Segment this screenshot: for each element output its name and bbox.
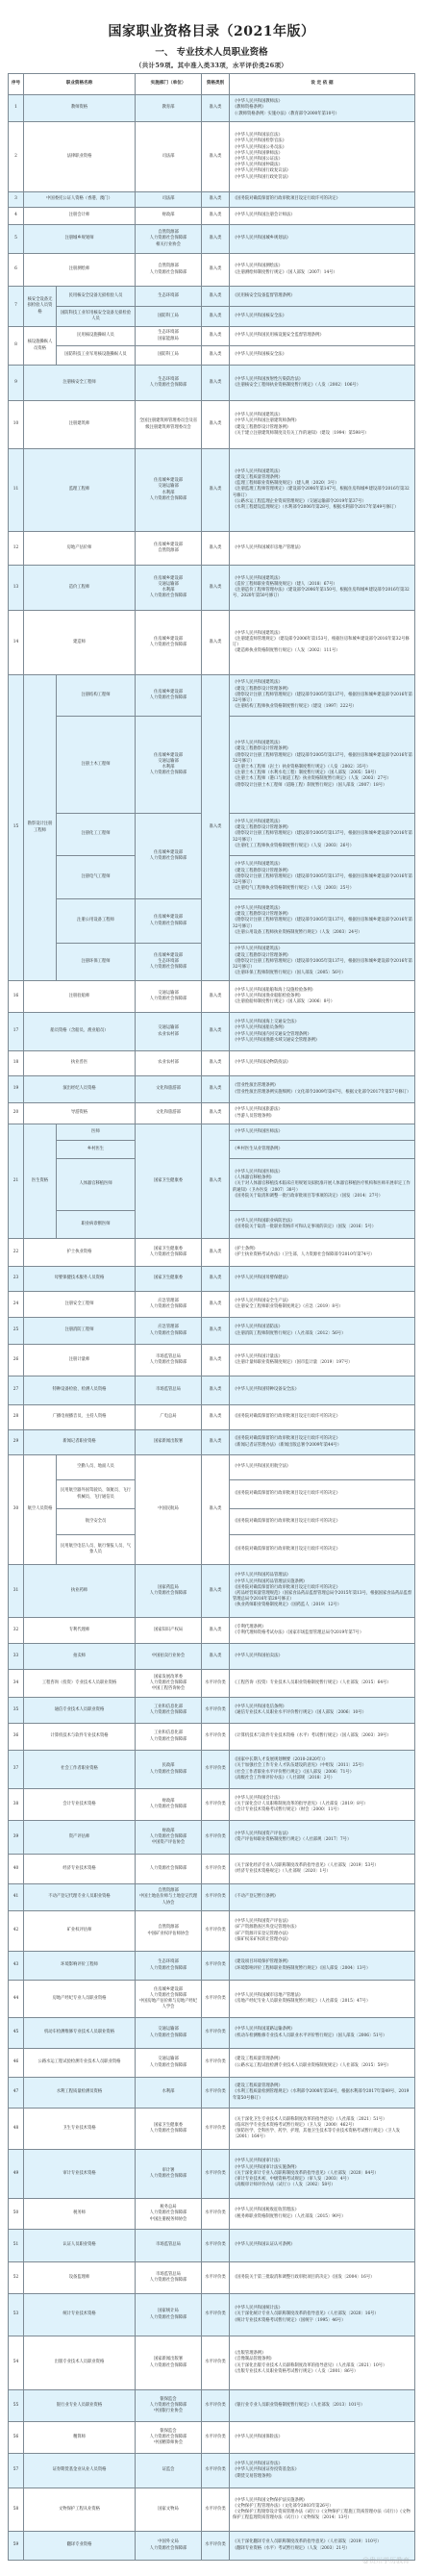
name-cell: 注册测绘师	[24, 254, 136, 287]
seq-cell: 32	[9, 1618, 24, 1644]
sub-name-cell: 医师	[57, 1124, 136, 1141]
seq-cell: 4	[9, 208, 24, 225]
table-row: 58文物保护工程从业资格国家文物局水平评价类《中华人民共和国文物保护法实施条例》…	[9, 2488, 415, 2532]
group-name-cell: 勘察设计注册工程师	[24, 675, 57, 981]
name-cell: 精算师	[24, 2422, 136, 2454]
group-name-cell: 医生资格	[24, 1124, 57, 1239]
type-cell: 水平评价类	[202, 2390, 230, 2422]
type-cell: 准入类	[202, 1267, 230, 1292]
type-cell: 水平评价类	[202, 2336, 230, 2390]
seq-cell: 41	[9, 1884, 24, 1911]
type-cell: 准入类	[202, 981, 230, 1013]
dept-cell: 国防科工局	[136, 346, 202, 366]
type-cell: 水平评价类	[202, 2150, 230, 2199]
basis-cell: 《国务院对确需保留的行政审批项目设定行政许可的决定》	[230, 1535, 415, 1565]
name-cell: 统计专业技术资格	[24, 2294, 136, 2336]
table-row: 23母婴保健技术服务人员资格国家卫生健康委准入类《中华人民共和国母婴保健法》	[9, 1267, 415, 1292]
dept-cell: 广电总局	[136, 1405, 202, 1430]
basis-cell: 《中华人民共和国医师法》	[230, 1124, 415, 1141]
table-row: 25注册消防工程师应急管理部人力资源社会保障部准入类《中华人民共和国消防法》《注…	[9, 1318, 415, 1345]
seq-cell: 14	[9, 611, 24, 675]
dept-cell: 工业和信息化部人力资源社会保障部	[136, 1698, 202, 1724]
dept-cell: 国家卫生健康委人力资源社会保障部	[136, 2109, 202, 2150]
sub-name-cell: 注册化工工程师	[57, 814, 136, 856]
table-row: 43环境影响评价工程师生态环境部人力资源社会保障部水平评价类《建设项目环境保护管…	[9, 1952, 415, 1981]
table-row: 50税务师税务总局人力资源社会保障部中国注册税务师协会水平评价类《中华人民共和国…	[9, 2199, 415, 2230]
basis-cell: 《国家中长期人才发展规划纲要（2010-2020年）》《关于加强社会工作专业人才…	[230, 1751, 415, 1789]
type-cell: 水平评价类	[202, 2262, 230, 2294]
basis-cell: 《出版管理条例》《音像制品管理条例》《关于深化出版专业技术人员职称制度改革的指导…	[230, 2336, 415, 2390]
type-cell: 水平评价类	[202, 1698, 230, 1724]
name-cell: 社会工作者职业资格	[24, 1751, 136, 1789]
name-cell: 注册城乡规划师	[24, 225, 136, 254]
basis-cell: 《中华人民共和国特种设备安全法》	[230, 1376, 415, 1405]
seq-cell: 55	[9, 2390, 24, 2422]
group-name-cell: 核设施操纵人员资格	[24, 327, 57, 366]
type-cell: 准入类	[202, 327, 230, 346]
name-cell: 注册会计师	[24, 208, 136, 225]
table-row: 14建造师住房城乡建设部人力资源社会保障部准入类《中华人民共和国建筑法》《注册建…	[9, 611, 415, 675]
seq-cell: 11	[9, 449, 24, 532]
seq-cell: 10	[9, 401, 24, 449]
seq-cell: 16	[9, 981, 24, 1013]
type-cell: 水平评价类	[202, 1952, 230, 1981]
type-cell: 准入类	[202, 1103, 230, 1124]
dept-cell: 民政部人力资源社会保障部	[136, 1751, 202, 1789]
sub-name-cell: 空勤人员、地面人员	[57, 1455, 136, 1480]
basis-cell: 《中华人民共和国资产评估法》《资产评估师职业资格制度暂行规定》（人社部规〔201…	[230, 1821, 415, 1855]
name-cell: 母婴保健技术服务人员资格	[24, 1267, 136, 1292]
name-cell: 经济专业技术资格	[24, 1855, 136, 1884]
table-row: 41不动产登记代理专业人员职业资格自然资源部中国土地估价师与土地登记代理人协会水…	[9, 1884, 415, 1911]
basis-cell: 《建设工程质量管理条例》《水利工程质量检测管理规定》（水利部令2008年第36号…	[230, 2078, 415, 2109]
table-row: 47水利工程质量检测员资格水利部水平评价类《建设工程质量管理条例》《水利工程质量…	[9, 2078, 415, 2109]
dept-cell: 财政部	[136, 208, 202, 225]
table-row: 28广播电视播音员、主持人资格广电总局准入类《国务院对确需保留的行政审批项目设定…	[9, 1405, 415, 1430]
name-cell: 房地产经纪专业人员职业资格	[24, 1981, 136, 2018]
type-cell: 水平评价类	[202, 1789, 230, 1821]
table-row: 16注册验船师交通运输部人力资源社会保障部准入类《中华人民共和国船舶和海上设施检…	[9, 981, 415, 1013]
name-cell: 监理工程师	[24, 449, 136, 532]
name-cell: 资产评估师	[24, 1821, 136, 1855]
name-cell: 拍卖师	[24, 1644, 136, 1670]
dept-cell: 住房城乡建设部人力资源社会保障部	[136, 899, 202, 944]
type-cell: 准入类	[202, 254, 230, 287]
type-cell: 水平评价类	[202, 1981, 230, 2018]
type-cell: 准入类	[202, 366, 230, 401]
table-row: 42矿业权评估师自然资源部中国矿业权评估师协会水平评价类《中华人民共和国资产评估…	[9, 1911, 415, 1952]
name-cell: 注册安全工程师	[24, 1292, 136, 1318]
basis-cell: 《国务院对确需保留的行政审批项目设定行政许可的决定》《新闻记者证管理办法》（新闻…	[230, 1430, 415, 1455]
seq-cell: 49	[9, 2150, 24, 2199]
type-cell: 准入类	[202, 1076, 230, 1103]
name-cell: 机动车检测维修专业技术人员职业资格	[24, 2018, 136, 2049]
basis-cell: 《中华人民共和国文物保护法实施条例》《文物保护工程管理办法》（文化部令2003年…	[230, 2488, 415, 2532]
seq-cell: 21	[9, 1124, 24, 1239]
table-row: 30航空人员资格空勤人员、地面人员中国民航局准入类《中华人民共和国民用航空法》	[9, 1455, 415, 1480]
dept-cell: 人力资源社会保障部	[136, 1855, 202, 1884]
basis-cell: 《中华人民共和国建筑法》《建设工程质量管理条例》《监理工程师职业资格制度规定》（…	[230, 449, 415, 532]
seq-cell: 18	[9, 1051, 24, 1076]
name-cell: 专利代理师	[24, 1618, 136, 1644]
dept-cell: 国家发展改革委人力资源社会保障部中国工程咨询协会	[136, 1670, 202, 1698]
dept-cell: 税务总局人力资源社会保障部中国注册税务师协会	[136, 2199, 202, 2230]
seq-cell: 1	[9, 95, 24, 122]
type-cell: 准入类	[202, 532, 230, 566]
header-basis: 设 定 依 据	[230, 74, 415, 95]
header-type: 资格类别	[202, 74, 230, 95]
basis-cell: 《中华人民共和国建筑法》《建设工程勘察设计管理条例》《勘察设计注册工程师管理规定…	[230, 717, 415, 814]
table-row: 37社会工作者职业资格民政部人力资源社会保障部水平评价类《国家中长期人才发展规划…	[9, 1751, 415, 1789]
basis-cell: 《银行业专业人员职业资格制度暂行规定》（人社部发〔2013〕101号）	[230, 2390, 415, 2422]
dept-cell: 交通运输部人力资源社会保障部	[136, 2018, 202, 2049]
basis-cell: 《中华人民共和国放射性污染防治法》《注册核安全工程师执业资格制度暂行规定》（人发…	[230, 366, 415, 401]
type-cell: 准入类	[202, 401, 230, 449]
dept-cell: 国家新闻出版署	[136, 1430, 202, 1455]
table-row: 5注册城乡规划师自然资源部人力资源社会保障部相关行业协会准入类《中华人民共和国城…	[9, 225, 415, 254]
group-name-cell: 航空人员资格	[24, 1455, 57, 1565]
dept-cell: 自然资源部人力资源社会保障部相关行业协会	[136, 225, 202, 254]
table-row: 15勘察设计注册工程师注册结构工程师住房城乡建设部人力资源社会保障部准入类《中华…	[9, 675, 415, 717]
dept-cell: 农业农村部	[136, 1051, 202, 1076]
dept-cell: 住房城乡建设部交通运输部水利部人力资源社会保障部	[136, 449, 202, 532]
table-row: 13造价工程师住房城乡建设部交通运输部水利部人力资源社会保障部准入类《中华人民共…	[9, 566, 415, 611]
name-cell: 会计专业技术资格	[24, 1789, 136, 1821]
type-cell: 准入类	[202, 1345, 230, 1376]
type-cell: 准入类	[202, 95, 230, 122]
table-row: 31执业药师国家药监局人力资源社会保障部准入类《中华人民共和国药品管理法》《中华…	[9, 1565, 415, 1618]
sub-name-cell: 国防科技工业军用核安全设备无损检验人员	[57, 307, 136, 327]
seq-cell: 48	[9, 2109, 24, 2150]
dept-cell: 自然资源部中国矿业权评估师协会	[136, 1911, 202, 1952]
table-row: 34工程咨询（投资）专业技术人员职业资格国家发展改革委人力资源社会保障部中国工程…	[9, 1670, 415, 1698]
dept-cell: 住房城乡建设部交通运输部水利部人力资源社会保障部	[136, 566, 202, 611]
dept-cell: 应急管理部人力资源社会保障部	[136, 1292, 202, 1318]
summary-note: （共计59项。其中准入类33项，水平评价类26项）	[0, 61, 423, 69]
name-cell: 护士执业资格	[24, 1239, 136, 1267]
basis-cell: 《建设项目环境保护管理条例》《环境影响评价工程师职业资格制度暂行规定》（国人部发…	[230, 1952, 415, 1981]
basis-cell: 《中华人民共和国资产评估法》《矿产资源勘查区块登记管理办法》《矿产资源开采登记管…	[230, 1911, 415, 1952]
dept-cell: 证监会	[136, 2454, 202, 2488]
seq-cell: 30	[9, 1455, 24, 1565]
sub-name-cell: 注册土木工程师	[57, 717, 136, 814]
name-cell: 执业兽医	[24, 1051, 136, 1076]
name-cell: 证券期货基金业从业人员资格	[24, 2454, 136, 2488]
basis-cell: 《中华人民共和国核安全法》	[230, 346, 415, 366]
sub-name-cell: 职业病诊断医师	[57, 1211, 136, 1239]
dept-cell: 财政部人力资源社会保障部中国资产评估协会	[136, 1821, 202, 1855]
basis-cell: 《中华人民共和国民用航空法》	[230, 1455, 415, 1480]
basis-cell: 《中华人民共和国民用核设施安全监督管理条例》	[230, 327, 415, 346]
basis-cell: 《中华人民共和国安全生产法》《注册安全工程师职业资格制度规定》（应急〔2019〕…	[230, 1292, 415, 1318]
dept-cell: 文化和旅游部	[136, 1103, 202, 1124]
basis-cell: 《中华人民共和国建筑法》《造价工程师职业资格制度规定》（建人〔2018〕67号）…	[230, 566, 415, 611]
seq-cell: 58	[9, 2488, 24, 2532]
table-row: 35通信专业技术人员职业资格工业和信息化部人力资源社会保障部水平评价类《中华人民…	[9, 1698, 415, 1724]
sub-name-cell: 注册公用设备工程师	[57, 899, 136, 944]
basis-cell: 《中华人民共和国教师法》《教师资格条例》《〈教师资格条例〉实施办法》（教育部令2…	[230, 95, 415, 122]
name-cell: 船员资格（含船员、渔业船员）	[24, 1013, 136, 1051]
seq-cell: 38	[9, 1789, 24, 1821]
type-cell: 准入类	[202, 122, 230, 192]
type-cell: 水平评价类	[202, 2109, 230, 2150]
seq-cell: 3	[9, 192, 24, 208]
sub-name-cell: 国防科技工业军用核设施操纵人员	[57, 346, 136, 366]
basis-cell: 《国务院关于第三批取消和调整行政审批项目的决定》（国发〔2004〕16号）	[230, 2262, 415, 2294]
dept-cell: 司法部	[136, 192, 202, 208]
type-cell: 水平评价类	[202, 2454, 230, 2488]
table-row: 52设备监理师市场监管总局人力资源社会保障部水平评价类《国务院关于第三批取消和调…	[9, 2262, 415, 2294]
name-cell: 注册建筑师	[24, 401, 136, 449]
table-row: 22护士执业资格国家卫生健康委人力资源社会保障部准入类《护士条例》《护士执业资格…	[9, 1239, 415, 1267]
basis-cell: 《中华人民共和国认证认可条例》	[230, 2230, 415, 2262]
name-cell: 卫生专业技术资格	[24, 2109, 136, 2150]
name-cell: 导游资格	[24, 1103, 136, 1124]
basis-cell: 《中华人民共和国建筑法》《中华人民共和国注册建筑师条例》《建设工程勘察设计管理条…	[230, 401, 415, 449]
dept-cell: 国家卫生健康委	[136, 1124, 202, 1239]
basis-cell: 《国务院对确需保留的行政审批项目设定行政许可的决定》	[230, 1405, 415, 1430]
table-row: 29新闻记者职业资格国家新闻出版署准入类《国务院对确需保留的行政审批项目设定行政…	[9, 1430, 415, 1455]
type-cell: 准入类	[202, 307, 230, 327]
basis-cell: 《中华人民共和国会计法》《关于深化会计人员职称制度改革的指导意见》（人社部发〔2…	[230, 1789, 415, 1821]
table-row: 38会计专业技术资格财政部人力资源社会保障部水平评价类《中华人民共和国会计法》《…	[9, 1789, 415, 1821]
seq-cell: 54	[9, 2336, 24, 2390]
qualification-table: 序号 职业资格名称 实施部门（单位） 资格类别 设 定 依 据 1教师资格教育部…	[8, 73, 415, 2561]
name-cell: 工程咨询（投资）专业技术人员职业资格	[24, 1670, 136, 1698]
sub-name-cell: 注册结构工程师	[57, 675, 136, 717]
seq-cell: 12	[9, 532, 24, 566]
name-cell: 计算机技术与软件专业技术资格	[24, 1724, 136, 1751]
table-row: 21医生资格医师国家卫生健康委准入类《中华人民共和国医师法》	[9, 1124, 415, 1141]
type-cell: 准入类	[202, 287, 230, 307]
dept-cell: 自然资源部人力资源社会保障部	[136, 254, 202, 287]
table-row: 53统计专业技术资格国家统计局人力资源社会保障部水平评价类《中华人民共和国统计法…	[9, 2294, 415, 2336]
seq-cell: 25	[9, 1318, 24, 1345]
table-row: 36计算机技术与软件专业技术资格工业和信息化部人力资源社会保障部水平评价类《计算…	[9, 1724, 415, 1751]
dept-cell: 全国注册建筑师管理委员会及省级注册建筑师管理委员会	[136, 401, 202, 449]
type-cell: 准入类	[202, 1405, 230, 1430]
basis-cell: 《中华人民共和国道路运输条例》《机动车检测维修专业技术人员职业水平评价暂行规定》…	[230, 2018, 415, 2049]
name-cell: 公路水运工程试验检测专业技术人员职业资格	[24, 2049, 136, 2078]
table-row: 59翻译专业资格中国外文局人力资源社会保障部水平评价类《关于深化翻译专业人员职称…	[9, 2532, 415, 2561]
table-row: 40经济专业技术资格人力资源社会保障部水平评价类《关于深化经济专业人员职称制度改…	[9, 1855, 415, 1884]
basis-cell: 《计算机技术与软件专业技术资格（水平）考试暂行规定》（国人部发〔2003〕39号…	[230, 1724, 415, 1751]
dept-cell: 生态环境部人力资源社会保障部	[136, 1952, 202, 1981]
basis-cell: 《中华人民共和国母婴保健法》	[230, 1267, 415, 1292]
name-cell: 中国委托公证人资格（香港、澳门）	[24, 192, 136, 208]
type-cell: 水平评价类	[202, 1884, 230, 1911]
table-header-row: 序号 职业资格名称 实施部门（单位） 资格类别 设 定 依 据	[9, 74, 415, 95]
basis-cell: 《中华人民共和国药品管理法》《中华人民共和国药品管理法实施条例》《国务院对确需保…	[230, 1565, 415, 1618]
basis-cell: 《工程咨询（投资）专业技术人员职业资格制度暂行规定》（人社部发〔2015〕64号…	[230, 1670, 415, 1698]
name-cell: 文物保护工程从业资格	[24, 2488, 136, 2532]
dept-cell: 生态环境部人力资源社会保障部	[136, 366, 202, 401]
type-cell: 水平评价类	[202, 2488, 230, 2532]
dept-cell: 住房城乡建设部人力资源社会保障部	[136, 675, 202, 717]
name-cell: 广播电视播音员、主持人资格	[24, 1405, 136, 1430]
seq-cell: 22	[9, 1239, 24, 1267]
seq-cell: 35	[9, 1698, 24, 1724]
header-dept: 实施部门（单位）	[136, 74, 202, 95]
seq-cell: 15	[9, 675, 24, 981]
basis-cell: 《中华人民共和国船舶和海上设施检验条例》《中华人民共和国渔业船舶检验条例》《注册…	[230, 981, 415, 1013]
dept-cell: 国家知识产权局	[136, 1618, 202, 1644]
sub-name-cell: 乡村医生	[57, 1141, 136, 1159]
name-cell: 注册计量师	[24, 1345, 136, 1376]
type-cell: 准入类	[202, 1051, 230, 1076]
basis-cell: 《关于深化卫生专业技术人员职称制度改革的指导意见》（人社部发〔2021〕51号）…	[230, 2109, 415, 2150]
dept-cell: 工业和信息化部人力资源社会保障部	[136, 1724, 202, 1751]
seq-cell: 17	[9, 1013, 24, 1051]
seq-cell: 46	[9, 2049, 24, 2078]
seq-cell: 50	[9, 2199, 24, 2230]
table-row: 33拍卖师中国拍卖行业协会准入类《中华人民共和国拍卖法》	[9, 1644, 415, 1670]
type-cell: 水平评价类	[202, 1670, 230, 1698]
seq-cell: 27	[9, 1376, 24, 1405]
seq-cell: 13	[9, 566, 24, 611]
table-row: 20导游资格文化和旅游部准入类《中华人民共和国旅游法》《导游人员管理条例》	[9, 1103, 415, 1124]
table-row: 18执业兽医农业农村部准入类《中华人民共和国动物防疫法》	[9, 1051, 415, 1076]
name-cell: 法律职业资格	[24, 122, 136, 192]
seq-cell: 34	[9, 1670, 24, 1698]
header-name: 职业资格名称	[24, 74, 136, 95]
basis-cell: 《中华人民共和国注册会计师法》	[230, 208, 415, 225]
dept-cell: 中国拍卖行业协会	[136, 1644, 202, 1670]
table-row: 55银行业专业人员职业资格银保监会人力资源社会保障部中国银行业协会水平评价类《银…	[9, 2390, 415, 2422]
basis-cell: 《中华人民共和国城市房地产管理法》《房地产经纪专业人员职业资格制度暂行规定》（人…	[230, 1981, 415, 2018]
dept-cell: 市场监管总局人力资源社会保障部	[136, 1345, 202, 1376]
table-row: 国防科技工业军用核设施操纵人员国防科工局准入类《中华人民共和国核安全法》	[9, 346, 415, 366]
group-name-cell: 核安全设备无损检验人员资格	[24, 287, 57, 327]
document-title: 国家职业资格目录（2021年版）	[0, 21, 423, 40]
dept-cell: 住房城乡建设部人力资源社会保障部	[136, 814, 202, 899]
type-cell: 水平评价类	[202, 1855, 230, 1884]
seq-cell: 39	[9, 1821, 24, 1855]
seq-cell: 7	[9, 287, 24, 327]
basis-cell: 《国务院对确需保留的行政审批项目设定行政许可的决定》	[230, 1509, 415, 1535]
basis-cell: 《中华人民共和国城乡规划法》	[230, 225, 415, 254]
table-row: 19演出经纪人员资格文化和旅游部准入类《营业性演出管理条例》《营业性演出管理条例…	[9, 1076, 415, 1103]
table-row: 24注册安全工程师应急管理部人力资源社会保障部准入类《中华人民共和国安全生产法》…	[9, 1292, 415, 1318]
dept-cell: 市场监管总局人力资源社会保障部	[136, 2262, 202, 2294]
basis-cell: 《中华人民共和国医师法》《人体器官移植条例》《关于对人体器官移植技术临床应用规划…	[230, 1159, 415, 1211]
dept-cell: 生态环境部	[136, 287, 202, 307]
seq-cell: 56	[9, 2422, 24, 2454]
type-cell: 水平评价类	[202, 2422, 230, 2454]
type-cell: 准入类	[202, 566, 230, 611]
dept-cell: 国家卫生健康委	[136, 1267, 202, 1292]
dept-cell: 银保监会人力资源社会保障部中国银行业协会	[136, 2390, 202, 2422]
sub-name-cell: 人体器官移植医师	[57, 1159, 136, 1211]
basis-cell: 《中华人民共和国建筑法》《建设工程勘察设计管理条例》《勘察设计注册工程师管理规定…	[230, 899, 415, 944]
basis-cell: 《中华人民共和国电信条例》《通信专业技术人员职业水平评价暂行规定》（国人部发〔2…	[230, 1698, 415, 1724]
basis-cell: 《中华人民共和国法官法》《中华人民共和国检察官法》《中华人民共和国公务员法》《中…	[230, 122, 415, 192]
dept-cell: 中国外文局人力资源社会保障部	[136, 2532, 202, 2561]
table-row: 46公路水运工程试验检测专业技术人员职业资格交通运输部人力资源社会保障部水平评价…	[9, 2049, 415, 2078]
sub-name-cell: 航空安全员	[57, 1509, 136, 1535]
seq-cell: 26	[9, 1345, 24, 1376]
name-cell: 教师资格	[24, 95, 136, 122]
seq-cell: 53	[9, 2294, 24, 2336]
type-cell: 准入类	[202, 1124, 230, 1239]
type-cell: 水平评价类	[202, 1821, 230, 1855]
type-cell: 准入类	[202, 346, 230, 366]
name-cell: 水利工程质量检测员资格	[24, 2078, 136, 2109]
type-cell: 准入类	[202, 192, 230, 208]
seq-cell: 2	[9, 122, 24, 192]
dept-cell: 中国民航局	[136, 1455, 202, 1565]
dept-cell: 银保监会人力资源社会保障部中国精算师协会	[136, 2422, 202, 2454]
name-cell: 银行业专业人员职业资格	[24, 2390, 136, 2422]
name-cell: 通信专业技术人员职业资格	[24, 1698, 136, 1724]
sub-name-cell: 民用核设施操纵人员	[57, 327, 136, 346]
table-row: 49审计专业技术资格审计署人力资源社会保障部水平评价类《中华人民共和国审计法》《…	[9, 2150, 415, 2199]
table-row: 1教师资格教育部准入类《中华人民共和国教师法》《教师资格条例》《〈教师资格条例〉…	[9, 95, 415, 122]
table-row: 8核设施操纵人员资格民用核设施操纵人员生态环境部国家能源局准入类《中华人民共和国…	[9, 327, 415, 346]
dept-cell: 文化和旅游部	[136, 1076, 202, 1103]
table-row: 57证券期货基金业从业人员资格证监会水平评价类《中华人民共和国证券法》《中华人民…	[9, 2454, 415, 2488]
type-cell: 水平评价类	[202, 2199, 230, 2230]
seq-cell: 20	[9, 1103, 24, 1124]
basis-cell: 《中华人民共和国计量法》《注册计量师职业资格制度规定》（国市监计量〔2019〕1…	[230, 1345, 415, 1376]
basis-cell: 《中华人民共和国旅游法》《导游人员管理条例》	[230, 1103, 415, 1124]
seq-cell: 9	[9, 366, 24, 401]
table-row: 54出版专业技术人员职业资格国家新闻出版署人力资源社会保障部水平评价类《出版管理…	[9, 2336, 415, 2390]
type-cell: 准入类	[202, 1455, 230, 1565]
dept-cell: 市场监管总局	[136, 1376, 202, 1405]
basis-cell: 《中华人民共和国拍卖法》	[230, 1644, 415, 1670]
type-cell: 准入类	[202, 1013, 230, 1051]
name-cell: 设备监理师	[24, 2262, 136, 2294]
type-cell: 准入类	[202, 1430, 230, 1455]
dept-cell: 自然资源部中国土地估价师与土地登记代理人协会	[136, 1884, 202, 1911]
basis-cell: 《中华人民共和国测绘法》《注册测绘师制度暂行规定》（国人部发〔2007〕14号）	[230, 254, 415, 287]
basis-cell: 《中华人民共和国城市房地产管理法》	[230, 532, 415, 566]
table-row: 44房地产经纪专业人员职业资格住房城乡建设部人力资源社会保障部中国房地产估价师与…	[9, 1981, 415, 2018]
dept-cell: 国防科工局	[136, 307, 202, 327]
name-cell: 注册验船师	[24, 981, 136, 1013]
seq-cell: 47	[9, 2078, 24, 2109]
dept-cell: 生态环境部国家能源局	[136, 327, 202, 346]
basis-cell: 《中华人民共和国职业病防治法》《国务院关于取消一批职业资格许可和认定事项的决定》…	[230, 1211, 415, 1239]
basis-cell: 《不动产登记暂行条例》	[230, 1884, 415, 1911]
type-cell: 准入类	[202, 1644, 230, 1670]
basis-cell: 《建设工程质量管理条例》《公路水运工程试验检测专业技术人员职业资格制度规定》（人…	[230, 2049, 415, 2078]
basis-cell: 《中华人民共和国保险法》	[230, 2422, 415, 2454]
basis-cell: 《中华人民共和国建筑法》《建设工程勘察设计管理条例》《勘察设计注册工程师管理规定…	[230, 856, 415, 899]
basis-cell: 《中华人民共和国统计法》《关于深化统计专业人员职称制度改革的指导意见》（人社部发…	[230, 2294, 415, 2336]
header-seq: 序号	[9, 74, 24, 95]
table-row: 2法律职业资格司法部准入类《中华人民共和国法官法》《中华人民共和国检察官法》《中…	[9, 122, 415, 192]
seq-cell: 42	[9, 1911, 24, 1952]
sub-name-cell: 注册电气工程师	[57, 856, 136, 899]
seq-cell: 24	[9, 1292, 24, 1318]
name-cell: 出版专业技术人员职业资格	[24, 2336, 136, 2390]
dept-cell: 国家新闻出版署人力资源社会保障部	[136, 2336, 202, 2390]
type-cell: 水平评价类	[202, 2532, 230, 2561]
table-row: 6注册测绘师自然资源部人力资源社会保障部准入类《中华人民共和国测绘法》《注册测绘…	[9, 254, 415, 287]
seq-cell: 43	[9, 1952, 24, 1981]
table-row: 3中国委托公证人资格（香港、澳门）司法部准入类《国务院对确需保留的行政审批项目设…	[9, 192, 415, 208]
basis-cell: 《民用核安全设备监督管理条例》	[230, 287, 415, 307]
type-cell: 水平评价类	[202, 1751, 230, 1789]
seq-cell: 52	[9, 2262, 24, 2294]
seq-cell: 59	[9, 2532, 24, 2561]
name-cell: 环境影响评价工程师	[24, 1952, 136, 1981]
seq-cell: 28	[9, 1405, 24, 1430]
name-cell: 执业药师	[24, 1565, 136, 1618]
dept-cell: 司法部	[136, 122, 202, 192]
